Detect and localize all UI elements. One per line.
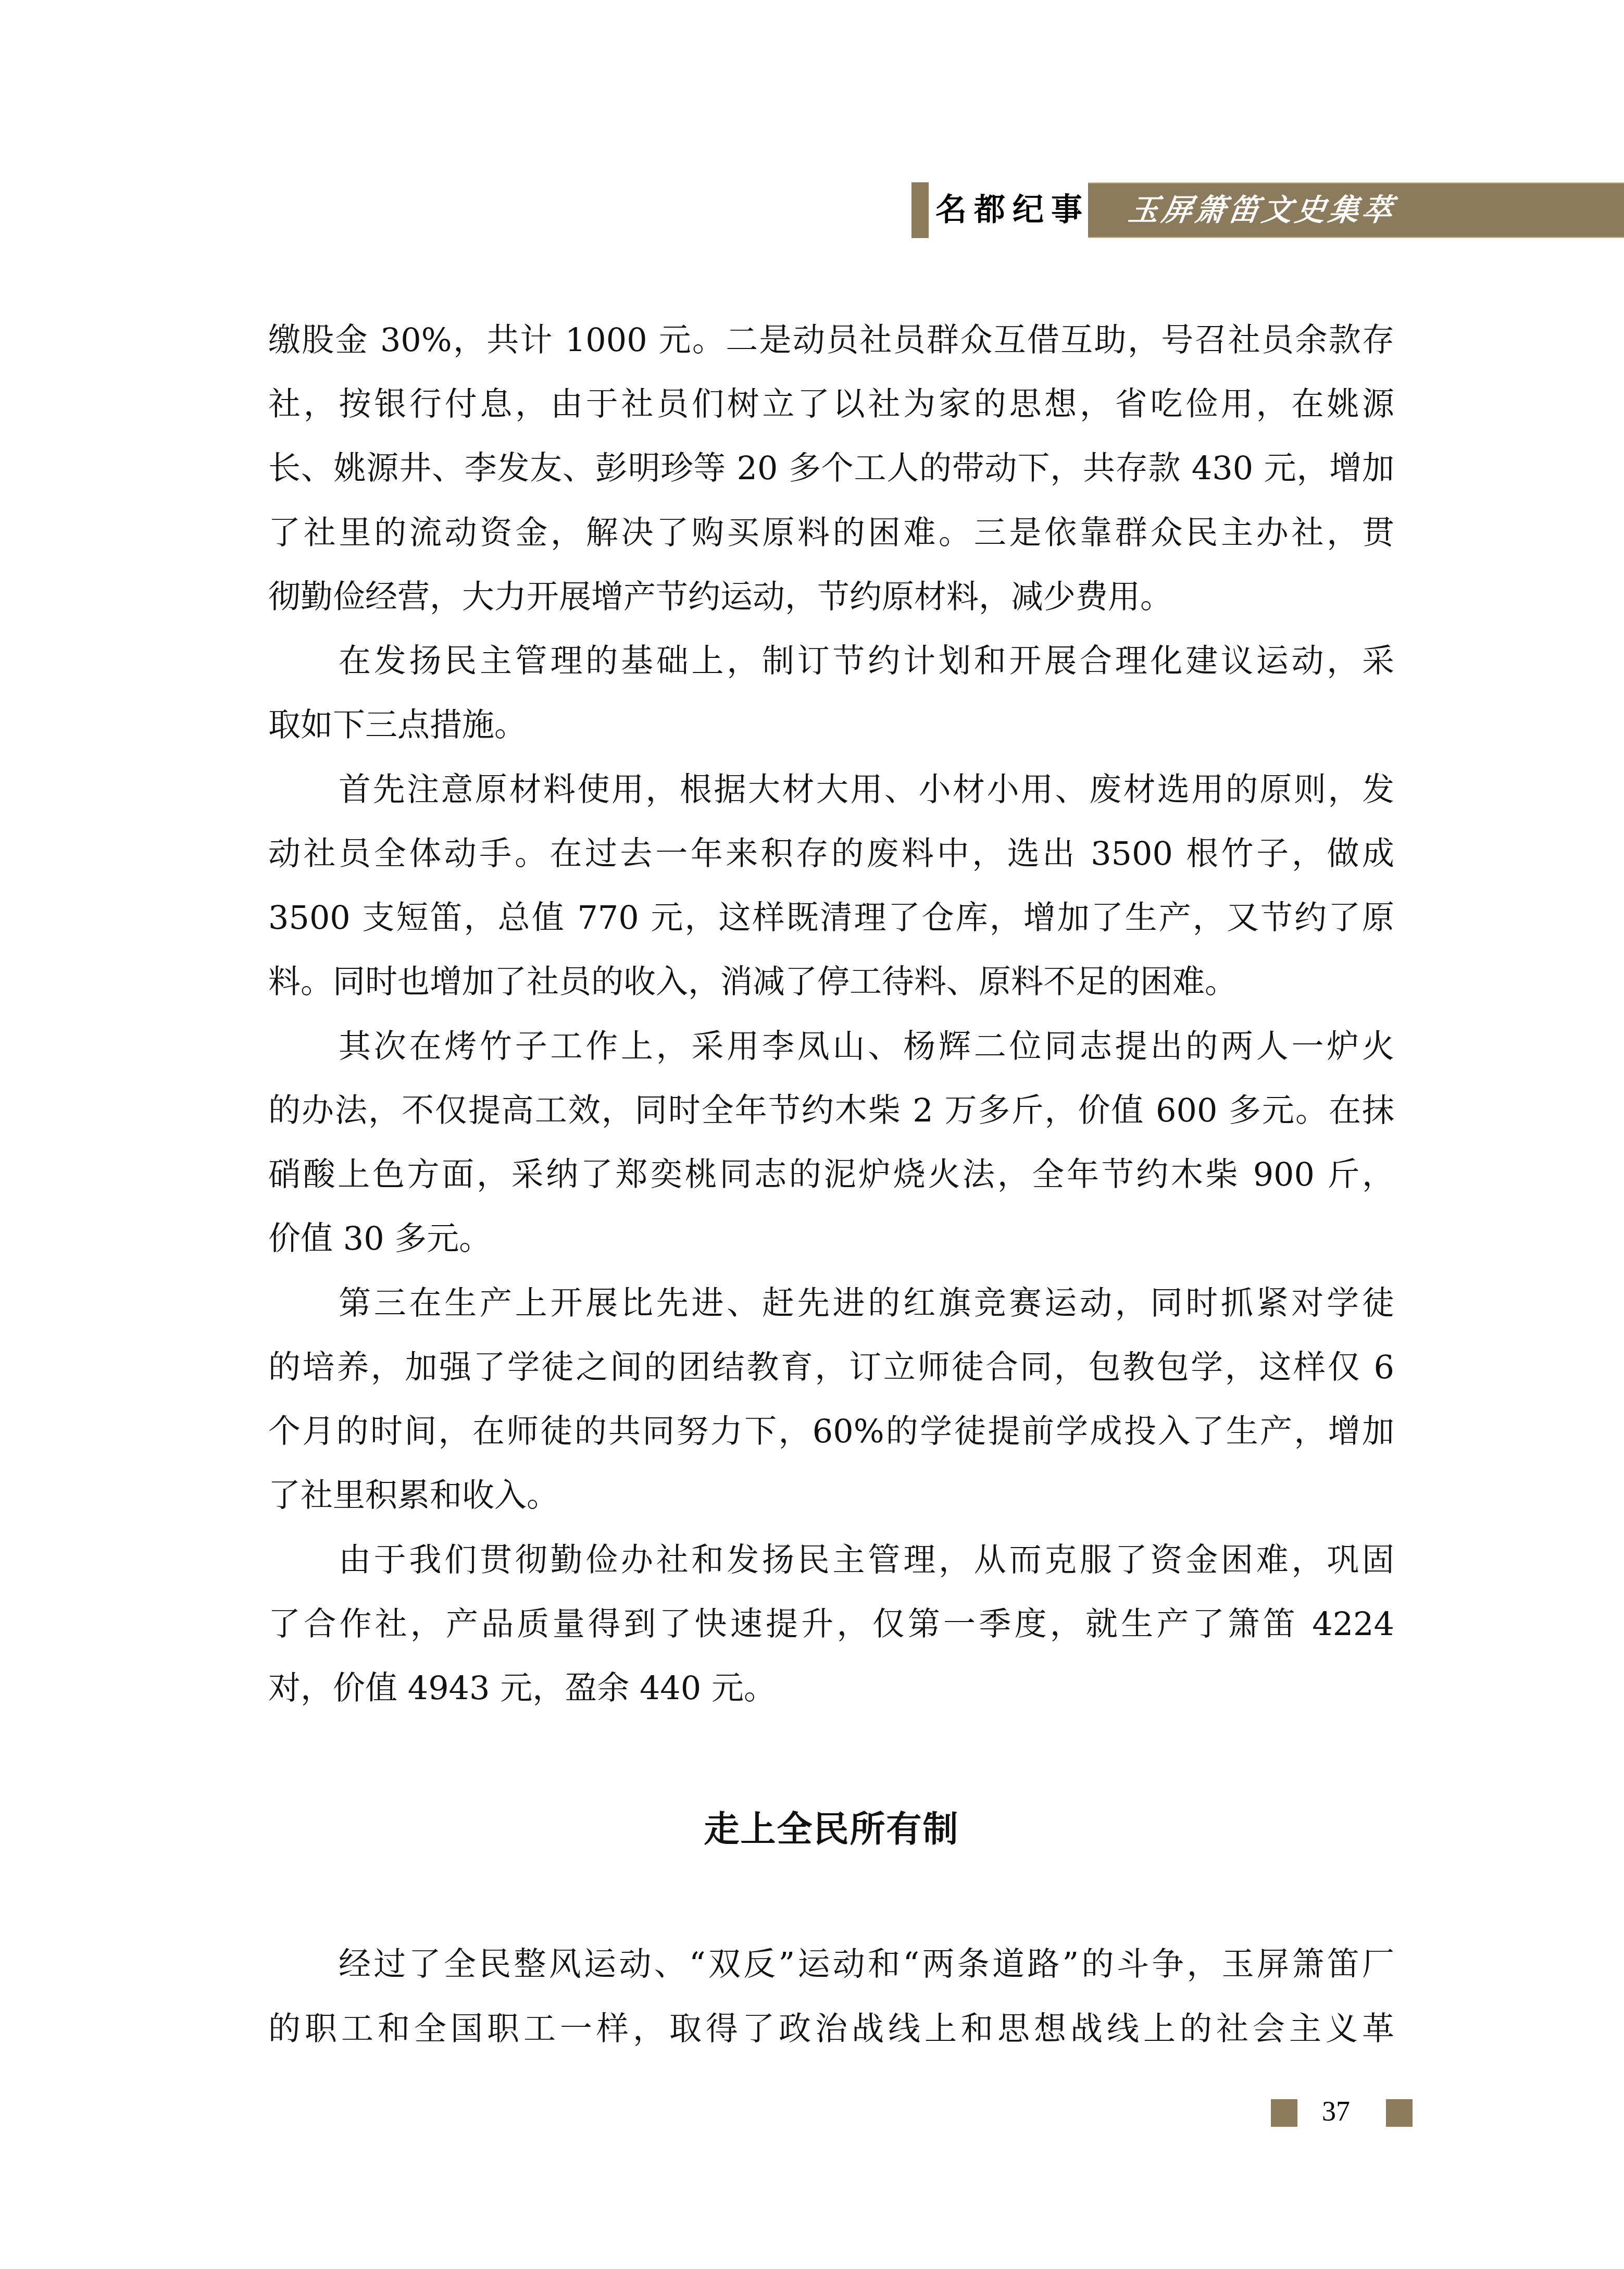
text-line: 长、姚源井、李发友、彭明珍等 20 多个工人的带动下，共存款 430 元，增加	[268, 450, 1394, 487]
text-line: 的办法，不仅提高工效，同时全年节约木柴 2 万多斤，价值 600 多元。在抹	[268, 1092, 1394, 1129]
text-line: 由于我们贯彻勤俭办社和发扬民主管理，从而克服了资金困难，巩固	[339, 1542, 1394, 1578]
text-line: 价值 30 多元。	[268, 1220, 1394, 1257]
text-line: 的职工和全国职工一样，取得了政治战线上和思想战线上的社会主义革	[268, 2011, 1394, 2047]
text-line: 其次在烤竹子工作上，采用李凤山、杨辉二位同志提出的两人一炉火	[339, 1028, 1394, 1065]
section-heading: 走上全民所有制	[0, 1809, 1624, 1850]
text-line: 硝酸上色方面，采纳了郑奕桃同志的泥炉烧火法，全年节约木柴 900 斤，	[268, 1156, 1394, 1193]
text-line: 的培养，加强了学徒之间的团结教育，订立师徒合同，包教包学，这样仅 6	[268, 1349, 1394, 1386]
text-line: 了社里积累和收入。	[268, 1477, 1394, 1514]
page-number: 37	[1313, 2093, 1359, 2129]
header-section-title: 名都纪事	[935, 182, 1090, 238]
folio-square-right	[1386, 2099, 1413, 2127]
header-series-title: 玉屏箫笛文史集萃	[1125, 183, 1399, 237]
text-line: 彻勤俭经营，大力开展增产节约运动，节约原材料，减少费用。	[268, 579, 1394, 615]
folio-square-left	[1271, 2099, 1297, 2127]
text-line: 经过了全民整风运动、“双反”运动和“两条道路”的斗争，玉屏箫笛厂	[339, 1946, 1394, 1983]
text-line: 3500 支短笛，总值 770 元，这样既清理了仓库，增加了生产，又节约了原	[268, 900, 1394, 936]
text-line: 在发扬民主管理的基础上，制订节约计划和开展合理化建议运动，采	[339, 643, 1394, 679]
header-series-banner: 玉屏箫笛文史集萃	[1088, 182, 1624, 238]
text-line: 缴股金 30%，共计 1000 元。二是动员社员群众互借互助，号召社员余款存	[268, 322, 1394, 358]
text-line: 第三在生产上开展比先进、赶先进的红旗竞赛运动，同时抓紧对学徒	[339, 1285, 1394, 1321]
text-line: 首先注意原材料使用，根据大材大用、小材小用、废材选用的原则，发	[339, 771, 1394, 808]
text-line: 对，价值 4943 元，盈余 440 元。	[268, 1670, 1394, 1706]
text-line: 了合作社，产品质量得到了快速提升，仅第一季度，就生产了箫笛 4224	[268, 1606, 1394, 1642]
text-line: 了社里的流动资金，解决了购买原料的困难。三是依靠群众民主办社，贯	[268, 515, 1394, 551]
text-line: 料。同时也增加了社员的收入，消减了停工待料、原料不足的困难。	[268, 964, 1394, 1000]
text-line: 动社员全体动手。在过去一年来积存的废料中，选出 3500 根竹子，做成	[268, 836, 1394, 872]
header-accent-bar	[911, 182, 929, 238]
text-line: 社，按银行付息，由于社员们树立了以社为家的思想，省吃俭用，在姚源	[268, 386, 1394, 422]
text-line: 取如下三点措施。	[268, 707, 1394, 743]
text-line: 个月的时间，在师徒的共同努力下，60%的学徒提前学成投入了生产，增加	[268, 1413, 1394, 1450]
